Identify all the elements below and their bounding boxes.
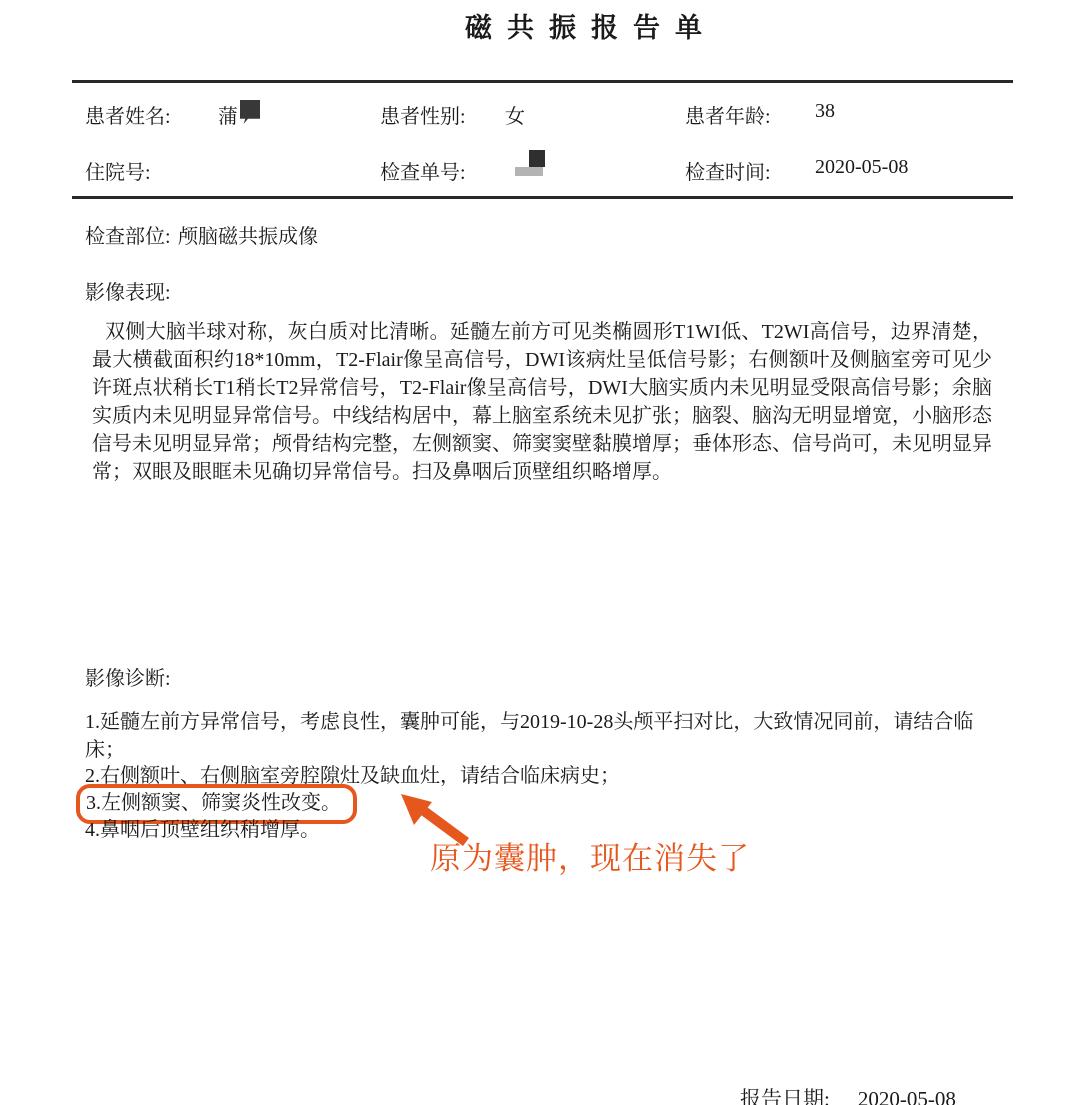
exam-site-label: 检查部位:: [85, 220, 171, 249]
patient-name-text: 蒲: [218, 106, 238, 128]
diagnosis-item-1: 1.延髓左前方异常信号，考虑良性，囊肿可能，与2019-10-28头颅平扫对比，…: [85, 708, 990, 764]
annotation-text: 原为囊肿，现在消失了: [430, 833, 750, 878]
divider-mid: [72, 196, 1013, 199]
patient-name-label: 患者姓名:: [85, 100, 171, 129]
exam-number-redaction-block: [515, 150, 549, 178]
report-date-label: 报告日期:: [740, 1087, 830, 1105]
diagnosis-heading: 影像诊断:: [85, 662, 171, 691]
exam-site-value: 颅脑磁共振成像: [178, 220, 318, 249]
redaction-light-square: [515, 167, 543, 176]
name-redaction-block: [240, 100, 260, 124]
divider-top: [72, 80, 1013, 83]
report-date-value: 2020-05-08: [858, 1087, 956, 1105]
patient-age-value: 38: [815, 100, 835, 123]
exam-number-label: 检查单号:: [380, 156, 466, 185]
patient-gender-value: 女: [505, 100, 525, 129]
mri-report-page: 磁共振报告单 患者姓名: 蒲 患者性别: 女 患者年龄: 38 住院号: 检查单…: [0, 0, 1080, 1105]
findings-text: 双侧大脑半球对称，灰白质对比清晰。延髓左前方可见类椭圆形T1WI低、T2WI高信…: [92, 318, 992, 486]
redaction-dark-square: [529, 150, 545, 167]
exam-time-label: 检查时间:: [685, 156, 771, 185]
patient-age-label: 患者年龄:: [685, 100, 771, 129]
patient-name-value: 蒲: [218, 100, 260, 129]
page-title: 磁共振报告单: [465, 6, 717, 45]
admission-number-label: 住院号:: [85, 156, 151, 185]
exam-time-value: 2020-05-08: [815, 156, 908, 179]
report-date: 报告日期:2020-05-08: [740, 1083, 956, 1105]
patient-gender-label: 患者性别:: [380, 100, 466, 129]
findings-heading: 影像表现:: [85, 276, 171, 305]
